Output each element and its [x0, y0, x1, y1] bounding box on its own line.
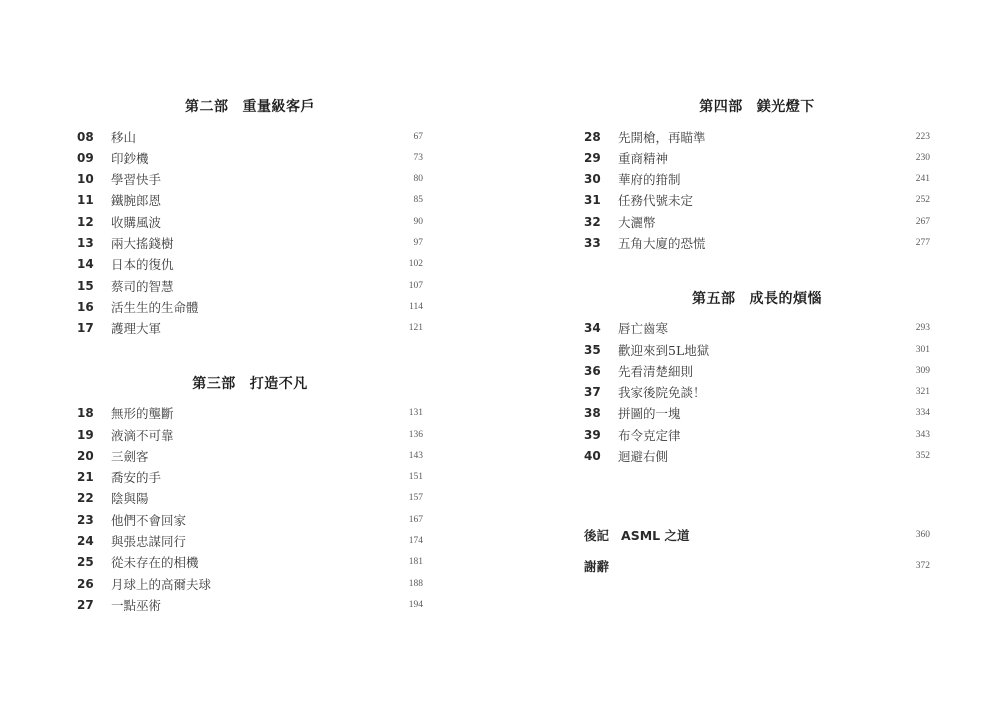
page-number: 252: [916, 190, 930, 211]
page-number: 157: [409, 488, 423, 509]
acknowledgements-label: 謝辭: [584, 556, 609, 577]
chapter-title: 鐵腕郎恩: [111, 190, 161, 211]
page-number: 80: [414, 169, 424, 190]
part-title: 打造不凡: [250, 376, 308, 392]
chapter-number: 26: [77, 574, 107, 595]
page-number: 360: [916, 525, 930, 546]
chapter-title: 學習快手: [111, 169, 161, 190]
chapter-title: 活生生的生命體: [111, 297, 199, 318]
chapter-title: 迴避右側: [618, 446, 668, 467]
chapter-title: 與張忠謀同行: [111, 531, 186, 552]
chapter-number: 38: [584, 403, 614, 424]
toc-entry[interactable]: 28 先開槍，再瞄準 223: [584, 127, 930, 148]
chapter-number: 23: [77, 510, 107, 531]
part-heading-3: 第三部打造不凡: [77, 373, 423, 393]
chapter-number: 11: [77, 190, 107, 211]
chapter-number: 39: [584, 425, 614, 446]
chapter-number: 37: [584, 382, 614, 403]
chapter-title: 液滴不可靠: [111, 425, 174, 446]
part-heading-4: 第四部鎂光燈下: [584, 96, 930, 116]
chapter-title: 護理大軍: [111, 318, 161, 339]
page-number: 181: [409, 552, 423, 573]
toc-entry[interactable]: 12 收購風波 90: [77, 212, 423, 233]
chapter-title: 拼圖的一塊: [618, 403, 681, 424]
page-number: 277: [916, 233, 930, 254]
chapter-number: 16: [77, 297, 107, 318]
part-number: 第三部: [192, 376, 236, 392]
toc-entry[interactable]: 11 鐵腕郎恩 85: [77, 190, 423, 211]
afterword-label: 後記ASML 之道: [584, 525, 689, 546]
toc-entry[interactable]: 35 歡迎來到5L地獄 301: [584, 340, 930, 361]
page-number: 188: [409, 574, 423, 595]
chapter-number: 12: [77, 212, 107, 233]
chapter-title: 日本的復仇: [111, 254, 174, 275]
page-number: 321: [916, 382, 930, 403]
page-number: 114: [409, 297, 423, 318]
chapter-number: 33: [584, 233, 614, 254]
toc-entry-afterword[interactable]: 後記ASML 之道 360: [584, 525, 930, 546]
chapter-title: 先開槍，再瞄準: [618, 127, 706, 148]
toc-entry[interactable]: 15 蔡司的智慧 107: [77, 276, 423, 297]
chapter-title: 兩大搖錢樹: [111, 233, 174, 254]
toc-entry[interactable]: 29 重商精神 230: [584, 148, 930, 169]
toc-entry[interactable]: 38 拼圖的一塊 334: [584, 403, 930, 424]
chapter-title: 收購風波: [111, 212, 161, 233]
part-number: 第二部: [185, 99, 229, 115]
toc-entry[interactable]: 26 月球上的高爾夫球 188: [77, 574, 423, 595]
chapter-title: 華府的箝制: [618, 169, 681, 190]
chapter-title: 五角大廈的恐慌: [618, 233, 706, 254]
chapter-number: 35: [584, 340, 614, 361]
page-number: 131: [409, 403, 423, 424]
toc-entry[interactable]: 39 布令克定律 343: [584, 425, 930, 446]
toc-entry[interactable]: 17 護理大軍 121: [77, 318, 423, 339]
page-number: 241: [916, 169, 930, 190]
chapter-number: 27: [77, 595, 107, 616]
toc-entry[interactable]: 32 大灑幣 267: [584, 212, 930, 233]
chapter-title: 他們不會回家: [111, 510, 186, 531]
chapter-number: 14: [77, 254, 107, 275]
chapter-number: 40: [584, 446, 614, 467]
toc-entry-acknowledgements[interactable]: 謝辭 372: [584, 556, 930, 577]
chapter-number: 32: [584, 212, 614, 233]
page-number: 85: [414, 190, 424, 211]
part-title: 鎂光燈下: [757, 99, 815, 115]
toc-entry[interactable]: 13 兩大搖錢樹 97: [77, 233, 423, 254]
page-number: 107: [409, 276, 423, 297]
chapter-number: 20: [77, 446, 107, 467]
chapter-title: 無形的壟斷: [111, 403, 174, 424]
page-number: 136: [409, 425, 423, 446]
chapter-number: 36: [584, 361, 614, 382]
toc-entry[interactable]: 25 從未存在的相機 181: [77, 552, 423, 573]
page-number: 343: [916, 425, 930, 446]
chapter-title: 從未存在的相機: [111, 552, 199, 573]
chapter-number: 22: [77, 488, 107, 509]
chapter-number: 15: [77, 276, 107, 297]
chapter-number: 31: [584, 190, 614, 211]
part-number: 第四部: [699, 99, 743, 115]
chapter-title: 我家後院免談！: [618, 382, 706, 403]
page-number: 151: [409, 467, 423, 488]
chapter-title: 大灑幣: [618, 212, 656, 233]
page-number: 293: [916, 318, 930, 339]
page-number: 301: [916, 340, 930, 361]
chapter-title: 印鈔機: [111, 148, 149, 169]
chapter-title: 移山: [111, 127, 136, 148]
chapter-number: 10: [77, 169, 107, 190]
page-number: 174: [409, 531, 423, 552]
toc-entry[interactable]: 24 與張忠謀同行 174: [77, 531, 423, 552]
toc-entry[interactable]: 18 無形的壟斷 131: [77, 403, 423, 424]
page-number: 90: [414, 212, 424, 233]
toc-entry[interactable]: 34 唇亡齒寒 293: [584, 318, 930, 339]
chapter-number: 13: [77, 233, 107, 254]
page-number: 223: [916, 127, 930, 148]
part-heading-2: 第二部重量級客戶: [77, 96, 423, 116]
toc-entry[interactable]: 40 迴避右側 352: [584, 446, 930, 467]
toc-entry[interactable]: 20 三劍客 143: [77, 446, 423, 467]
afterword-subtitle: ASML 之道: [621, 528, 689, 543]
toc-entry[interactable]: 09 印鈔機 73: [77, 148, 423, 169]
page-number: 267: [916, 212, 930, 233]
chapter-number: 21: [77, 467, 107, 488]
toc-entry[interactable]: 14 日本的復仇 102: [77, 254, 423, 275]
part-title: 重量級客戶: [243, 99, 316, 115]
page-number: 97: [414, 233, 424, 254]
page-number: 309: [916, 361, 930, 382]
chapter-number: 19: [77, 425, 107, 446]
toc-entry[interactable]: 27 一點巫術 194: [77, 595, 423, 616]
toc-entry[interactable]: 37 我家後院免談！ 321: [584, 382, 930, 403]
chapter-title: 重商精神: [618, 148, 668, 169]
chapter-number: 24: [77, 531, 107, 552]
page-number: 334: [916, 403, 930, 424]
chapter-number: 09: [77, 148, 107, 169]
page-number: 67: [414, 127, 424, 148]
chapter-title: 三劍客: [111, 446, 149, 467]
chapter-number: 28: [584, 127, 614, 148]
chapter-title: 任務代號未定: [618, 190, 693, 211]
toc-entry[interactable]: 33 五角大廈的恐慌 277: [584, 233, 930, 254]
chapter-title: 歡迎來到5L地獄: [618, 340, 709, 361]
chapter-number: 30: [584, 169, 614, 190]
page-number: 352: [916, 446, 930, 467]
page-number: 194: [409, 595, 423, 616]
chapter-number: 17: [77, 318, 107, 339]
toc-entry[interactable]: 16 活生生的生命體 114: [77, 297, 423, 318]
chapter-title: 先看清楚細則: [618, 361, 693, 382]
chapter-title: 唇亡齒寒: [618, 318, 668, 339]
chapter-number: 29: [584, 148, 614, 169]
page-number: 230: [916, 148, 930, 169]
toc-entry[interactable]: 30 華府的箝制 241: [584, 169, 930, 190]
toc-entry[interactable]: 22 陰與陽 157: [77, 488, 423, 509]
page-number: 73: [414, 148, 424, 169]
toc-entry[interactable]: 19 液滴不可靠 136: [77, 425, 423, 446]
chapter-title: 陰與陽: [111, 488, 149, 509]
chapter-number: 34: [584, 318, 614, 339]
toc-entry[interactable]: 21 喬安的手 151: [77, 467, 423, 488]
page-number: 143: [409, 446, 423, 467]
toc-entry[interactable]: 08 移山 67: [77, 127, 423, 148]
chapter-number: 08: [77, 127, 107, 148]
toc-entry[interactable]: 23 他們不會回家 167: [77, 510, 423, 531]
chapter-title: 布令克定律: [618, 425, 681, 446]
part-title: 成長的煩惱: [750, 291, 823, 307]
page-number: 102: [409, 254, 423, 275]
chapter-title: 喬安的手: [111, 467, 161, 488]
toc-entry[interactable]: 10 學習快手 80: [77, 169, 423, 190]
chapter-number: 18: [77, 403, 107, 424]
chapter-number: 25: [77, 552, 107, 573]
chapter-title: 一點巫術: [111, 595, 161, 616]
toc-entry[interactable]: 36 先看清楚細則 309: [584, 361, 930, 382]
page-number: 167: [409, 510, 423, 531]
part-number: 第五部: [692, 291, 736, 307]
chapter-title: 月球上的高爾夫球: [111, 574, 211, 595]
toc-entry[interactable]: 31 任務代號未定 252: [584, 190, 930, 211]
page-number: 372: [916, 556, 930, 577]
chapter-title: 蔡司的智慧: [111, 276, 174, 297]
part-heading-5: 第五部成長的煩惱: [584, 288, 930, 308]
afterword-title: 後記: [584, 528, 609, 543]
page-number: 121: [409, 318, 423, 339]
